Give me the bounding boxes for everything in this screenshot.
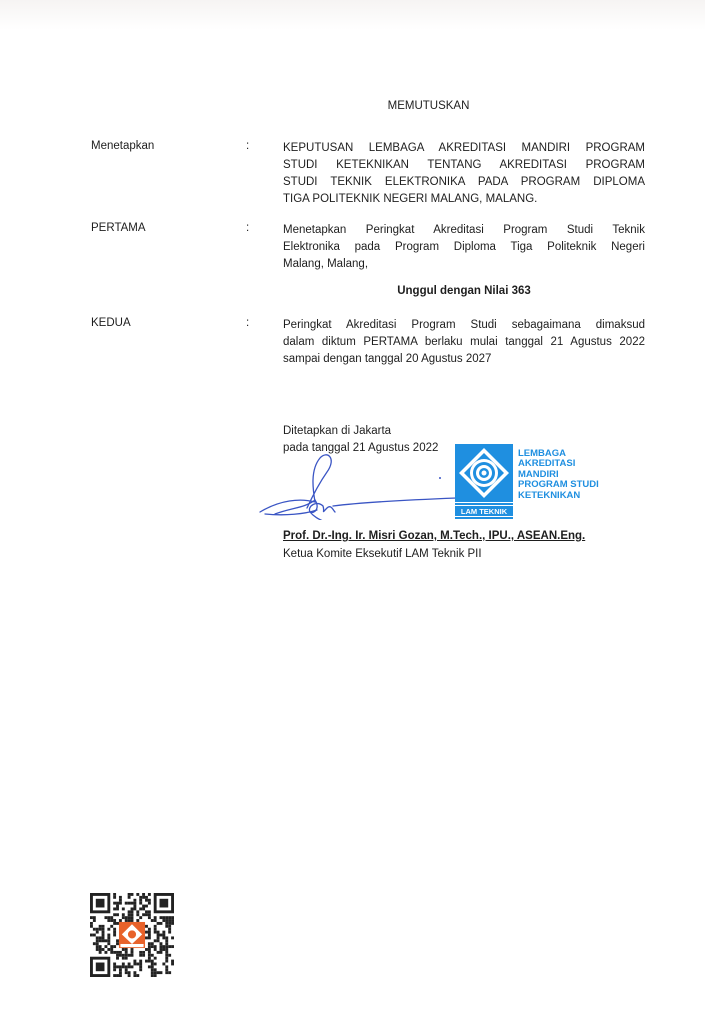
signatory-title: Ketua Komite Eksekutif LAM Teknik PII — [283, 548, 482, 560]
body-line: dalam diktum PERTAMA berlaku mulai tangg… — [283, 334, 645, 351]
body-line: Malang, Malang, — [283, 256, 645, 273]
section-label: Menetapkan — [91, 140, 154, 152]
body-line: STUDI KETEKNIKAN TENTANG AKREDITASI PROG… — [283, 157, 645, 174]
decision-heading: MEMUTUSKAN — [0, 100, 705, 112]
body-line: sampai dengan tanggal 20 Agustus 2027 — [283, 351, 645, 368]
signature-icon — [255, 450, 460, 520]
lam-teknik-stamp-icon: LAM TEKNIK — [455, 444, 513, 520]
signatory-name: Prof. Dr.-Ing. Ir. Misri Gozan, M.Tech.,… — [283, 530, 585, 542]
qr-code-icon[interactable] — [90, 893, 174, 977]
body-line: STUDI TEKNIK ELEKTRONIKA PADA PROGRAM DI… — [283, 174, 645, 191]
body-line: Menetapkan Peringkat Akreditasi Program … — [283, 222, 645, 239]
section-body: KEPUTUSAN LEMBAGA AKREDITASI MANDIRI PRO… — [283, 140, 645, 208]
section-body: Menetapkan Peringkat Akreditasi Program … — [283, 222, 645, 273]
stamp-text: LEMBAGA AKREDITASI MANDIRI PROGRAM STUDI… — [518, 449, 599, 501]
body-line: TIGA POLITEKNIK NEGERI MALANG, MALANG. — [283, 191, 645, 208]
section-label: KEDUA — [91, 317, 131, 329]
scan-shadow — [0, 0, 705, 30]
section-colon: : — [246, 317, 249, 329]
section-label: PERTAMA — [91, 222, 146, 234]
body-line: KEPUTUSAN LEMBAGA AKREDITASI MANDIRI PRO… — [283, 140, 645, 157]
body-line: Elektronika pada Program Diploma Tiga Po… — [283, 239, 645, 256]
section-colon: : — [246, 222, 249, 234]
body-line: Peringkat Akreditasi Program Studi sebag… — [283, 317, 645, 334]
svg-text:LAM TEKNIK: LAM TEKNIK — [461, 507, 508, 516]
section-body: Peringkat Akreditasi Program Studi sebag… — [283, 317, 645, 368]
signing-place: Ditetapkan di Jakarta — [283, 423, 391, 440]
section-colon: : — [246, 140, 249, 152]
accreditation-result: Unggul dengan Nilai 363 — [283, 285, 645, 297]
